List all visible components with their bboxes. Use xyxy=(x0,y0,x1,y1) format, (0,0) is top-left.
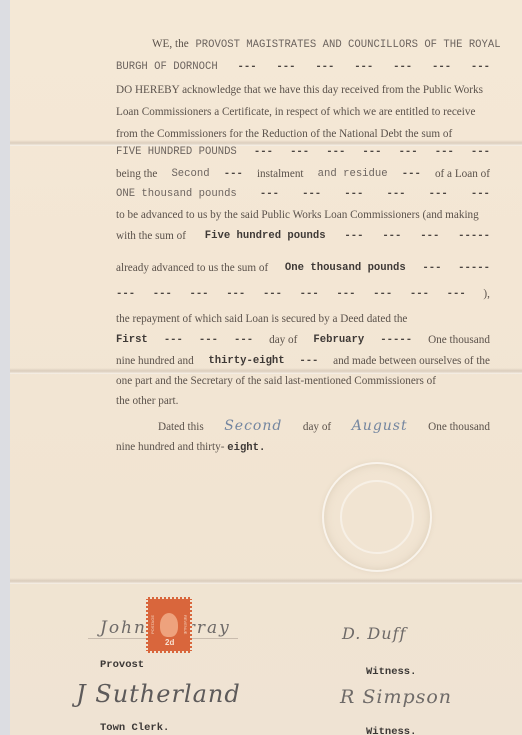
witness1-signature: D. Duff xyxy=(342,624,406,643)
text-line: to be advanced to us by the said Public … xyxy=(116,209,490,221)
deed-day: First xyxy=(116,334,148,346)
text: instalment xyxy=(257,168,304,180)
deed-year: thirty-eight xyxy=(208,355,284,367)
heading-line-2: BURGH OF DORNOCH --- --- --- --- --- ---… xyxy=(116,61,490,73)
deed-year-line: nine hundred and thirty-eight --- and ma… xyxy=(116,355,490,367)
deed-month: February xyxy=(313,334,364,346)
stamp-revenue: REVENUE xyxy=(183,615,188,634)
text: One thousand xyxy=(428,421,490,433)
postage-stamp: POSTAGE REVENUE 2d xyxy=(146,597,192,653)
dash: --- xyxy=(373,288,392,300)
dash: --- xyxy=(429,188,448,200)
dash: --- xyxy=(299,355,318,367)
dash: --- xyxy=(471,146,490,158)
loan-amount: ONE thousand pounds xyxy=(116,188,237,200)
dash: --- xyxy=(362,146,381,158)
text: Dated this xyxy=(158,421,204,433)
dash: --- xyxy=(447,288,466,300)
text: day of xyxy=(269,334,297,346)
stamp-value: 2d xyxy=(165,638,174,647)
amount-typed: Five hundred pounds xyxy=(205,230,326,242)
text-line: the repayment of which said Loan is secu… xyxy=(116,313,490,325)
dash: --- xyxy=(471,61,490,73)
king-head-icon xyxy=(160,613,178,637)
stamp-postage: POSTAGE xyxy=(150,615,155,634)
fold-line xyxy=(10,578,522,584)
dash: --- xyxy=(189,288,208,300)
handwritten-month: August xyxy=(352,418,408,434)
dash: --- xyxy=(226,288,245,300)
heading-typed: PROVOST MAGISTRATES AND COUNCILLORS OF T… xyxy=(195,39,500,51)
dated-year-line: nine hundred and thirty- eight. xyxy=(116,441,490,454)
text: One thousand xyxy=(428,334,490,346)
dash: --- xyxy=(315,61,334,73)
dash: --- xyxy=(386,188,405,200)
text: the repayment of which said Loan is secu… xyxy=(116,313,407,325)
dash: --- xyxy=(254,146,273,158)
dash: --- xyxy=(435,146,454,158)
text: already advanced to us the sum of xyxy=(116,262,268,274)
dated-year: eight. xyxy=(227,442,265,454)
witness2-label: Witness. xyxy=(366,726,416,735)
deed-date-line: First --- --- --- day of February ----- … xyxy=(116,334,490,346)
instalment-number: Second xyxy=(171,168,209,180)
text: day of xyxy=(303,421,331,433)
provost-label: Provost xyxy=(100,659,144,671)
residue-typed: and residue xyxy=(318,168,388,180)
burgh-name: BURGH OF DORNOCH xyxy=(116,61,218,73)
dash: --- xyxy=(164,334,183,346)
text: and made between ourselves of the xyxy=(333,355,490,367)
dash: --- xyxy=(402,168,421,180)
amount-typed: One thousand pounds xyxy=(285,262,406,274)
text-line: one part and the Secretary of the said l… xyxy=(116,375,490,387)
dash: --- xyxy=(422,262,441,274)
dash: ----- xyxy=(380,334,412,346)
dash: --- xyxy=(471,188,490,200)
dash: --- xyxy=(302,188,321,200)
dash: --- xyxy=(260,188,279,200)
dash: --- xyxy=(276,61,295,73)
text-line: Loan Commissioners a Certificate, in res… xyxy=(116,106,490,118)
handwritten-day: Second xyxy=(224,418,282,434)
text: nine hundred and xyxy=(116,355,194,367)
text-line: from the Commissioners for the Reduction… xyxy=(116,128,490,140)
dash: --- xyxy=(382,230,401,242)
town-clerk-signature: J Sutherland xyxy=(76,680,241,708)
dash: --- xyxy=(399,146,418,158)
witness2-signature: R Simpson xyxy=(340,686,452,708)
sum-line: FIVE HUNDRED POUNDS --- --- --- --- --- … xyxy=(116,146,490,158)
dash: ----- xyxy=(458,262,490,274)
sum-of-line: with the sum of Five hundred pounds --- … xyxy=(116,230,490,242)
text: ), xyxy=(483,288,490,300)
dash: --- xyxy=(300,288,319,300)
dash: --- xyxy=(234,334,253,346)
embossed-seal xyxy=(322,462,432,572)
text-line: DO HEREBY acknowledge that we have this … xyxy=(116,84,490,96)
dash: --- xyxy=(344,188,363,200)
fold-line xyxy=(10,368,522,374)
seal-inner-ring xyxy=(340,480,414,554)
advanced-line: already advanced to us the sum of One th… xyxy=(116,262,490,274)
dash: --- xyxy=(224,168,243,180)
dash: --- xyxy=(153,288,172,300)
loan-line: ONE thousand pounds --- --- --- --- --- … xyxy=(116,188,490,200)
instalment-line: being the Second --- instalment and resi… xyxy=(116,168,490,180)
dash: --- xyxy=(432,61,451,73)
dash: --- xyxy=(263,288,282,300)
dash: --- xyxy=(410,288,429,300)
text: of a Loan of xyxy=(435,168,490,180)
dash: --- xyxy=(393,61,412,73)
dash-line: --- --- --- --- --- --- --- --- --- --- … xyxy=(116,288,490,300)
dash: --- xyxy=(344,230,363,242)
heading-lead: WE, the xyxy=(152,38,189,50)
heading-line-1: WE, the PROVOST MAGISTRATES AND COUNCILL… xyxy=(152,38,490,51)
dash: --- xyxy=(354,61,373,73)
town-clerk-label: Town Clerk. xyxy=(100,722,169,734)
dash: --- xyxy=(336,288,355,300)
text: being the xyxy=(116,168,157,180)
dash: --- xyxy=(116,288,135,300)
text-line: the other part. xyxy=(116,395,490,407)
dash: --- xyxy=(199,334,218,346)
sum-typed: FIVE HUNDRED POUNDS xyxy=(116,146,237,158)
text: nine hundred and thirty- xyxy=(116,441,224,453)
dash: --- xyxy=(326,146,345,158)
dash: --- xyxy=(290,146,309,158)
dated-line: Dated this Second day of August One thou… xyxy=(158,418,490,434)
dash: --- xyxy=(238,61,257,73)
dash: ----- xyxy=(458,230,490,242)
text: with the sum of xyxy=(116,230,186,242)
dash: --- xyxy=(420,230,439,242)
witness1-label: Witness. xyxy=(366,666,416,678)
page-edge xyxy=(0,0,10,735)
